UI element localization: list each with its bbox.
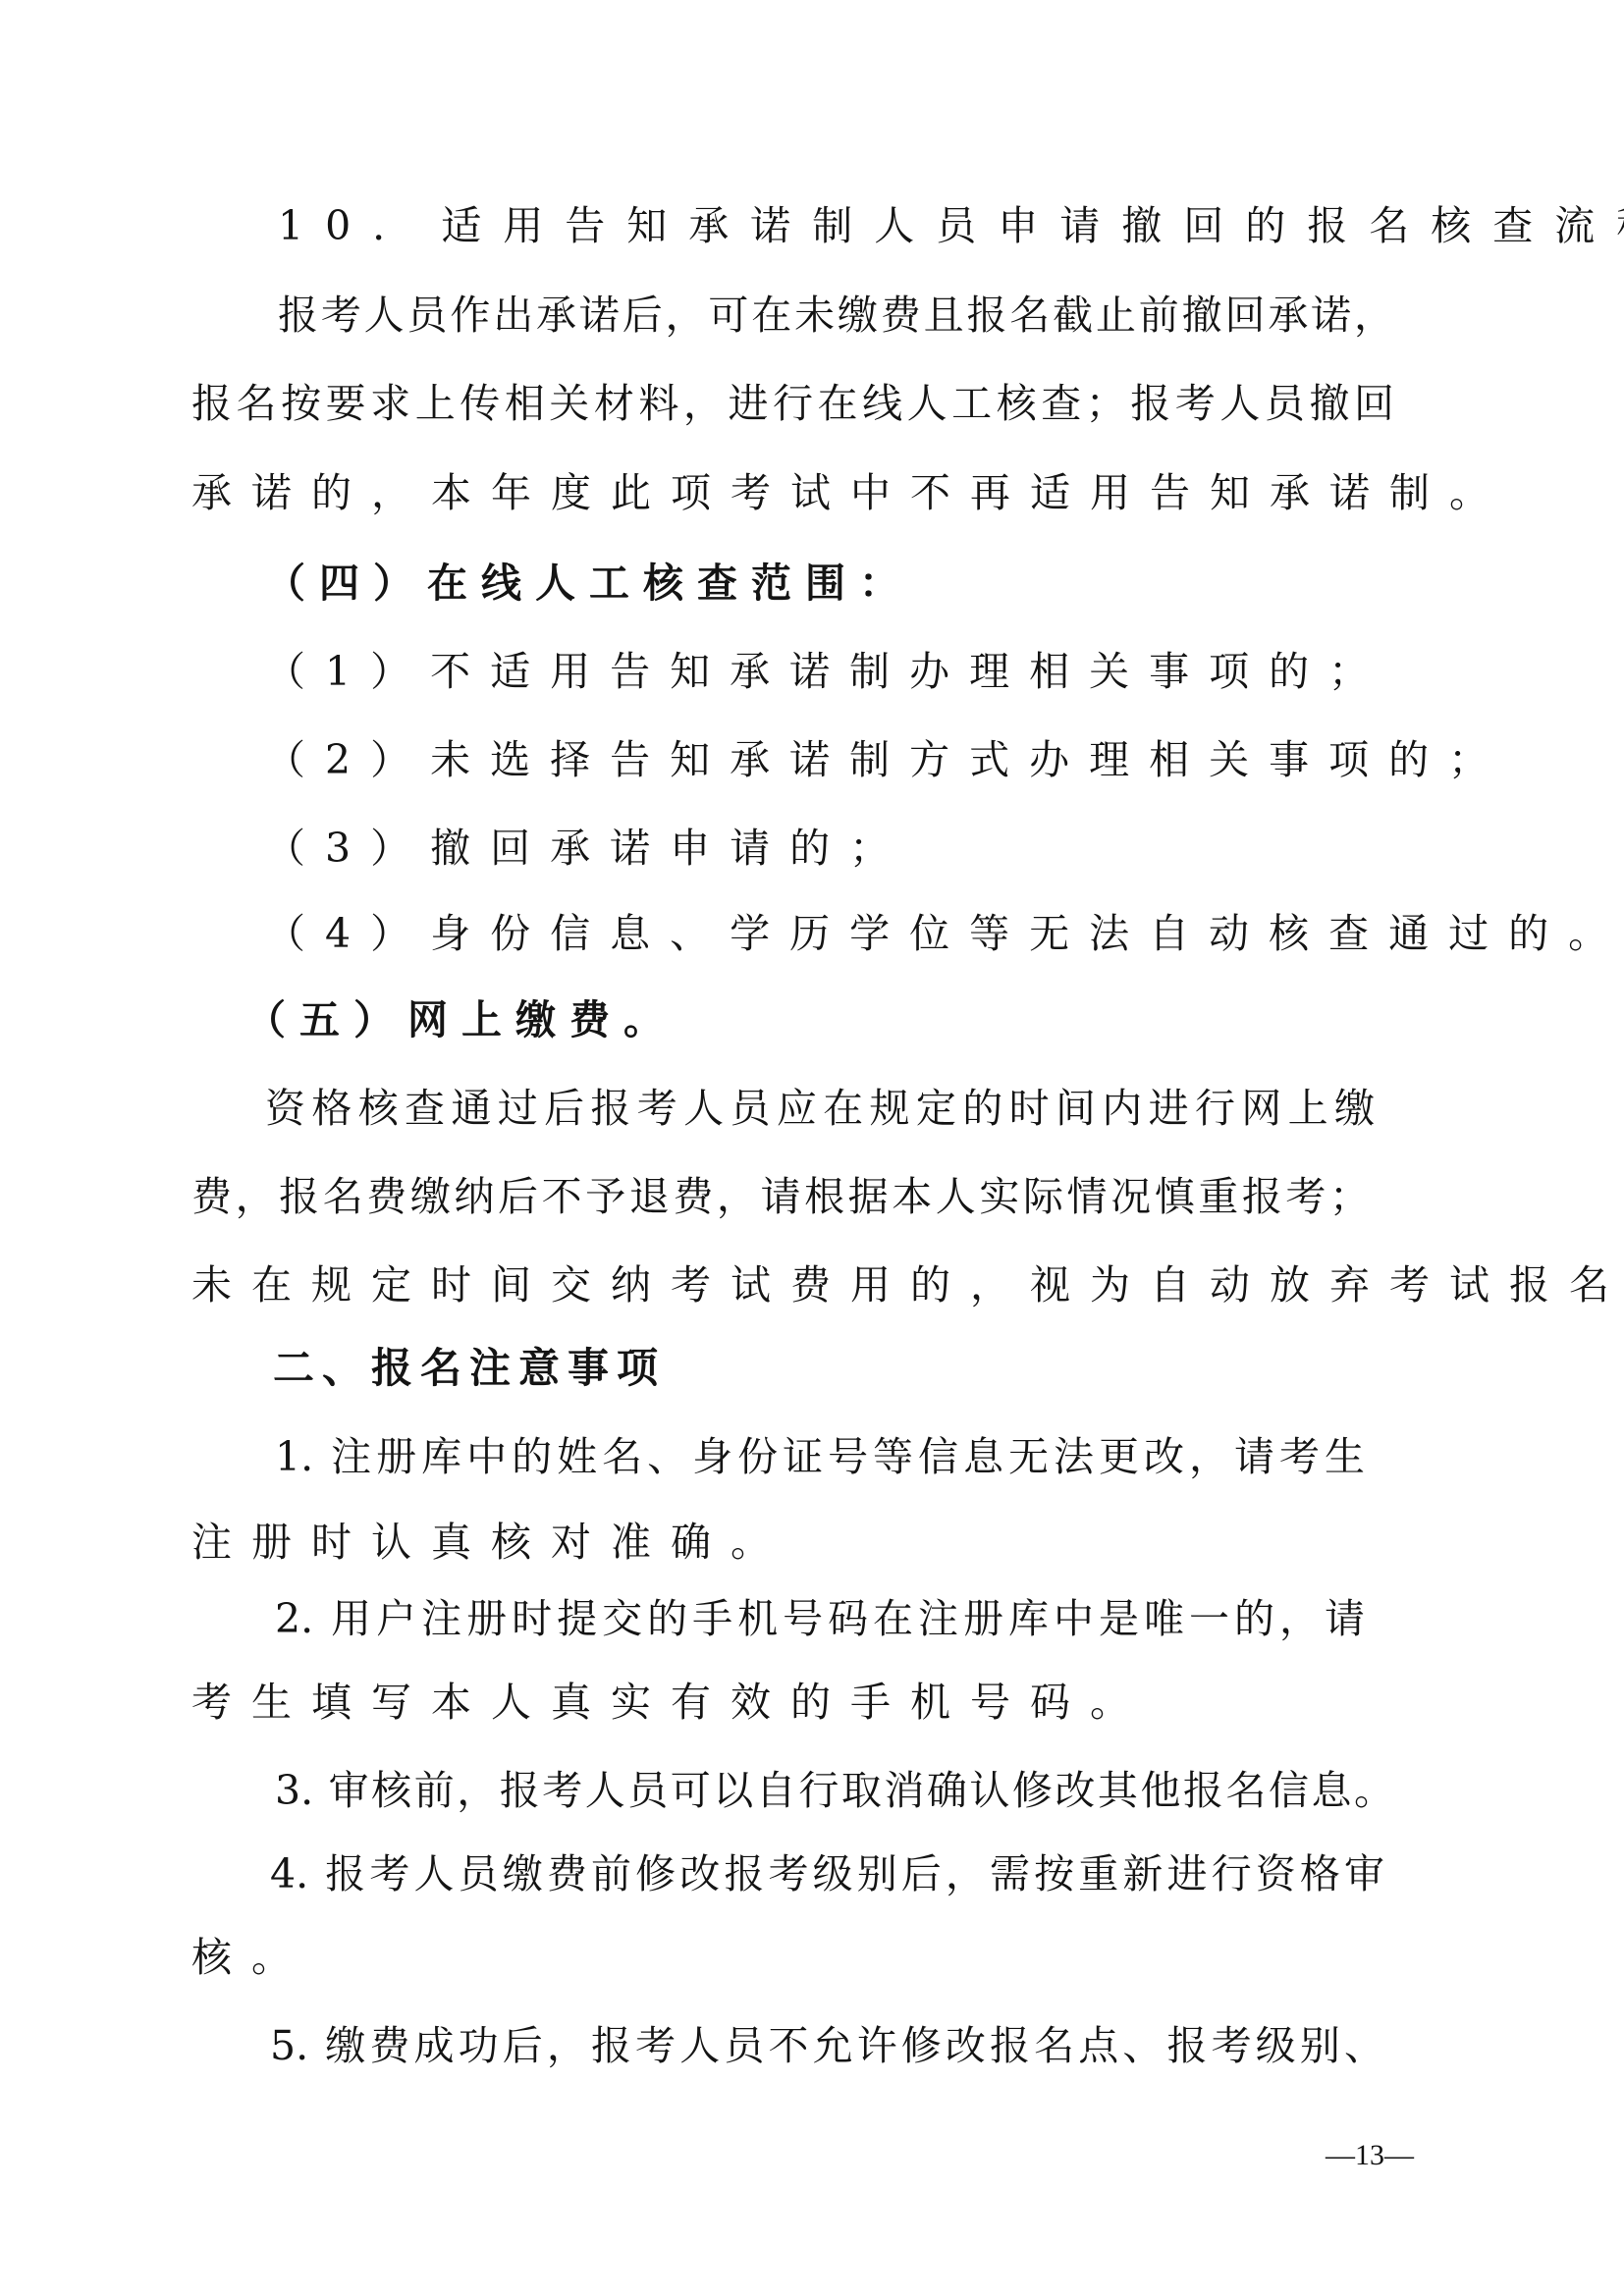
subheading-online-manual-review-scope: （四）在线人工核查范围： <box>265 554 1381 613</box>
scope-item-3: （3）撤回承诺申请的； <box>265 819 1381 878</box>
payment-paragraph-line-1: 资格核查通过后报考人员应在规定的时间内进行网上缴 <box>265 1079 1375 1138</box>
section-heading-registration-notes: 二、报名注意事项 <box>273 1339 1389 1398</box>
scope-item-2: （2）未选择告知承诺制方式办理相关事项的； <box>265 730 1381 789</box>
document-page: 10. 适用告知承诺制人员申请撤回的报名核查流程。 报考人员作出承诺后，可在未缴… <box>0 0 1624 2296</box>
item-10-title: 10. 适用告知承诺制人员申请撤回的报名核查流程。 <box>278 196 1394 255</box>
page-number: —13— <box>1306 2136 1434 2175</box>
note-4-line-1: 4. 报考人员缴费前修改报考级别后，需按重新进行资格审 <box>270 1844 1384 1903</box>
payment-paragraph-line-3: 未在规定时间交纳考试费用的，视为自动放弃考试报名。 <box>191 1255 1394 1314</box>
note-2-line-1: 2. 用户注册时提交的手机号码在注册库中是唯一的，请 <box>275 1589 1365 1648</box>
note-4-line-2: 核。 <box>191 1928 1394 1987</box>
payment-paragraph-line-2: 费，报名费缴纳后不予退费，请根据本人实际情况慎重报考； <box>191 1167 1370 1226</box>
item-10-paragraph-line-3: 承诺的，本年度此项考试中不再适用告知承诺制。 <box>191 463 1394 522</box>
note-2-line-2: 考生填写本人真实有效的手机号码。 <box>191 1673 1394 1732</box>
note-3: 3. 审核前，报考人员可以自行取消确认修改其他报名信息。 <box>275 1761 1394 1820</box>
scope-item-1: （1）不适用告知承诺制办理相关事项的； <box>265 642 1381 701</box>
scope-item-4: （4）身份信息、学历学位等无法自动核查通过的。 <box>265 904 1381 963</box>
note-1-line-1: 1. 注册库中的姓名、身份证号等信息无法更改，请考生 <box>275 1427 1365 1486</box>
item-10-paragraph-line-2: 报名按要求上传相关材料，进行在线人工核查；报考人员撤回 <box>191 374 1394 433</box>
note-5-line-1: 5. 缴费成功后，报考人员不允许修改报名点、报考级别、 <box>270 2016 1384 2075</box>
note-1-line-2: 注册时认真核对准确。 <box>191 1513 1394 1572</box>
subheading-online-payment: （五）网上缴费。 <box>245 990 1362 1049</box>
item-10-paragraph-line-1: 报考人员作出承诺后，可在未缴费且报名截止前撤回承诺， <box>278 286 1394 345</box>
